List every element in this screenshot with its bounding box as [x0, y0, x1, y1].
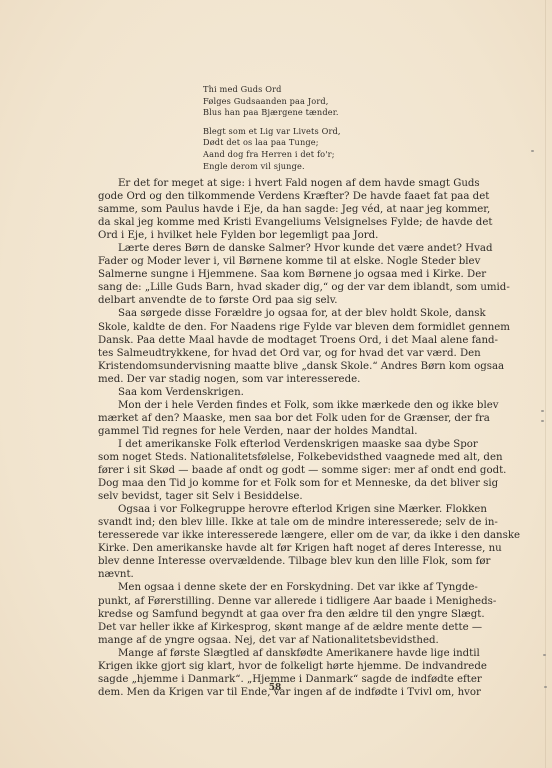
scan-speck [531, 150, 534, 152]
text-line: punkt, af Førerstilling. Denne var aller… [98, 595, 473, 608]
text-line: blev denne Interesse overvældende. Tilba… [98, 555, 473, 568]
text-line: som noget Steds. Nationalitetsfølelse, F… [98, 451, 473, 464]
scan-speck [541, 420, 544, 422]
poem-line: Engle derom vil sjunge. [203, 161, 403, 173]
text-line: svandt ind; den blev lille. Ikke at tale… [98, 516, 473, 529]
text-line: kredse og Samfund begyndt at gaa over fr… [98, 608, 473, 621]
poem-stanza-2: Blegt som et Lig var Livets Ord, Dødt de… [203, 126, 403, 172]
text-line: Men ogsaa i denne skete der en Forskydni… [98, 581, 473, 594]
text-line: delbart anvendte de to første Ord paa si… [98, 294, 473, 307]
text-line: fører i sit Skød — baade af ondt og godt… [98, 464, 473, 477]
text-line: Er det for meget at sige: i hvert Fald n… [98, 177, 473, 190]
text-line: gammel Tid regnes for hele Verden, naar … [98, 425, 473, 438]
text-line: Mon der i hele Verden findes et Folk, so… [98, 399, 473, 412]
poem-epigraph: Thi med Guds Ord Følges Gudsaanden paa J… [203, 84, 403, 179]
text-line: Salmerne sungne i Hjemmene. Saa kom Børn… [98, 268, 473, 281]
text-line: I det amerikanske Folk efterlod Verdensk… [98, 438, 473, 451]
text-line: Det var heller ikke af Kirkesprog, skønt… [98, 621, 473, 634]
text-line: Saa kom Verdenskrigen. [98, 386, 473, 399]
text-line: tes Salmeudtrykkene, for hvad det Ord va… [98, 347, 473, 360]
text-line: samme, som Paulus havde i Eje, da han sa… [98, 203, 473, 216]
text-line: Kristendomsundervisning maatte blive „da… [98, 360, 473, 373]
poem-line: Følges Gudsaanden paa Jord, [203, 96, 403, 108]
text-line: Lærte deres Børn de danske Salmer? Hvor … [98, 242, 473, 255]
text-line: Ord i Eje, i hvilket hele Fylden bor leg… [98, 229, 473, 242]
text-line: selv bevidst, tager sit Selv i Besiddels… [98, 490, 473, 503]
page-edge-shadow [545, 0, 546, 768]
text-line: sang de: „Lille Guds Barn, hvad skader d… [98, 281, 473, 294]
poem-line: Thi med Guds Ord [203, 84, 403, 96]
text-line: nævnt. [98, 568, 473, 581]
page-number: 58 [260, 683, 290, 693]
body-text: Er det for meget at sige: i hvert Fald n… [98, 177, 473, 699]
text-line: Mange af første Slægtled af danskfødte A… [98, 647, 473, 660]
text-line: Dog maa den Tid jo komme for et Folk som… [98, 477, 473, 490]
text-line: Saa sørgede disse Forældre jo ogsaa for,… [98, 307, 473, 320]
text-line: gode Ord og den tilkommende Verdens Kræf… [98, 190, 473, 203]
text-line: teresserede var ikke interesserede længe… [98, 529, 473, 542]
text-line: Krigen ikke gjort sig klart, hvor de fol… [98, 660, 473, 673]
text-line: med. Der var stadig nogen, som var inter… [98, 373, 473, 386]
scan-speck [541, 410, 544, 412]
poem-line: Blus han paa Bjærgene tænder. [203, 107, 403, 119]
text-line: Fader og Moder lever i, vil Børnene komm… [98, 255, 473, 268]
book-page: Thi med Guds Ord Følges Gudsaanden paa J… [0, 0, 552, 768]
text-line: Ogsaa i vor Folkegruppe herovre efterlod… [98, 503, 473, 516]
text-line: Skole, kaldte de den. For Naadens rige F… [98, 321, 473, 334]
text-line: Dansk. Paa dette Maal havde de modtaget … [98, 334, 473, 347]
poem-stanza-1: Thi med Guds Ord Følges Gudsaanden paa J… [203, 84, 403, 119]
scan-speck [544, 686, 547, 688]
text-line: da skal jeg komme med Kristi Evangeliums… [98, 216, 473, 229]
text-line: Kirke. Den amerikanske havde alt før Kri… [98, 542, 473, 555]
poem-line: Dødt det os laa paa Tunge; [203, 137, 403, 149]
poem-line: Blegt som et Lig var Livets Ord, [203, 126, 403, 138]
text-line: mange af de yngre ogsaa. Nej, det var af… [98, 634, 473, 647]
text-line: mærket af den? Maaske, men saa bor det F… [98, 412, 473, 425]
scan-speck [543, 654, 546, 656]
poem-line: Aand dog fra Herren i det fo'r; [203, 149, 403, 161]
